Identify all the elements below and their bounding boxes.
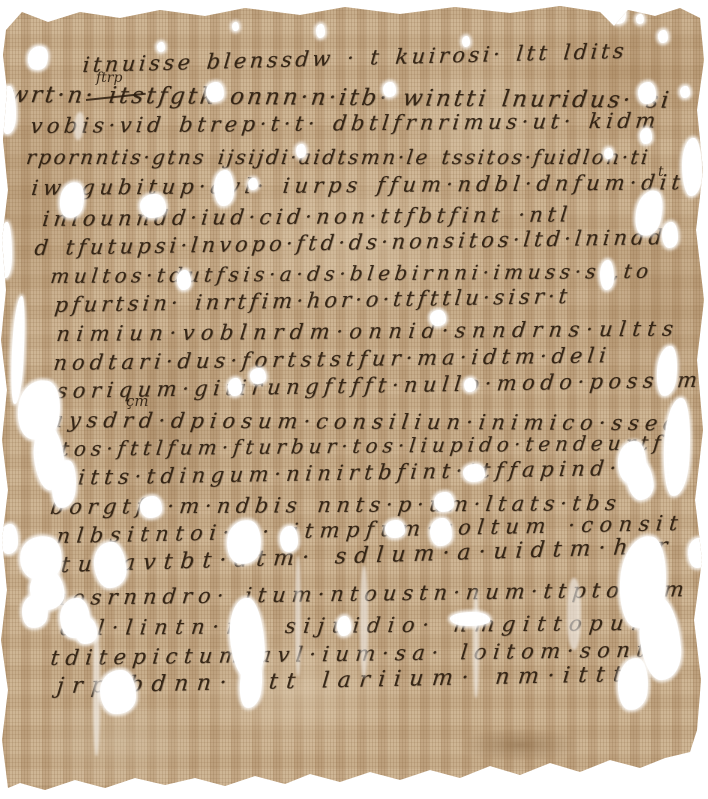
- papyrus-photograph: ftrp çm t itnuisse blenssdw · t kuirosi·…: [0, 0, 708, 799]
- lacuna: [157, 42, 165, 52]
- lacuna: [450, 612, 490, 626]
- lacuna: [640, 128, 652, 144]
- lacuna: [93, 626, 100, 756]
- lacuna: [636, 14, 644, 24]
- lacuna: [316, 24, 325, 38]
- lacuna: [430, 518, 452, 546]
- lacuna: [140, 194, 166, 218]
- lacuna: [228, 378, 242, 396]
- lacuna: [140, 496, 162, 518]
- lacuna: [385, 520, 405, 538]
- lacuna: [658, 30, 668, 43]
- lacuna: [604, 148, 613, 159]
- lacuna: [662, 222, 678, 248]
- lacuna: [250, 368, 266, 384]
- lacuna: [611, 5, 628, 25]
- lacuna: [680, 86, 690, 98]
- lacuna: [360, 566, 368, 678]
- lacuna: [214, 170, 234, 206]
- lacuna: [383, 82, 396, 97]
- lacuna: [100, 670, 136, 714]
- lacuna: [567, 578, 581, 650]
- lacuna: [0, 222, 12, 278]
- papyrus-sheet: ftrp çm t itnuisse blenssdw · t kuirosi·…: [0, 0, 708, 799]
- lacuna: [206, 82, 224, 102]
- lacuna: [20, 593, 49, 630]
- lacuna: [232, 22, 239, 31]
- lacuna: [616, 657, 650, 711]
- lacuna: [177, 270, 191, 290]
- lacuna: [296, 144, 306, 158]
- lacuna: [430, 310, 446, 326]
- lacuna: [462, 36, 470, 47]
- lacuna: [434, 492, 454, 512]
- lacuna: [661, 397, 692, 496]
- lacuna: [0, 86, 16, 134]
- lacuna: [225, 518, 263, 565]
- lacuna: [248, 178, 258, 190]
- lacuna: [337, 616, 351, 636]
- lacuna: [92, 541, 128, 590]
- damage-layer: [0, 0, 708, 799]
- lacuna: [295, 556, 301, 676]
- lacuna: [25, 44, 51, 72]
- lacuna: [73, 112, 85, 141]
- lacuna: [682, 138, 702, 196]
- lacuna: [9, 296, 27, 404]
- lacuna: [0, 524, 18, 554]
- lacuna: [600, 260, 614, 290]
- lacuna: [473, 588, 479, 698]
- lacuna: [688, 538, 708, 568]
- lacuna: [280, 526, 298, 552]
- lacuna: [638, 82, 656, 104]
- lacuna: [57, 180, 87, 220]
- lacuna: [464, 378, 476, 392]
- lacuna: [463, 464, 485, 482]
- lacuna: [655, 345, 679, 397]
